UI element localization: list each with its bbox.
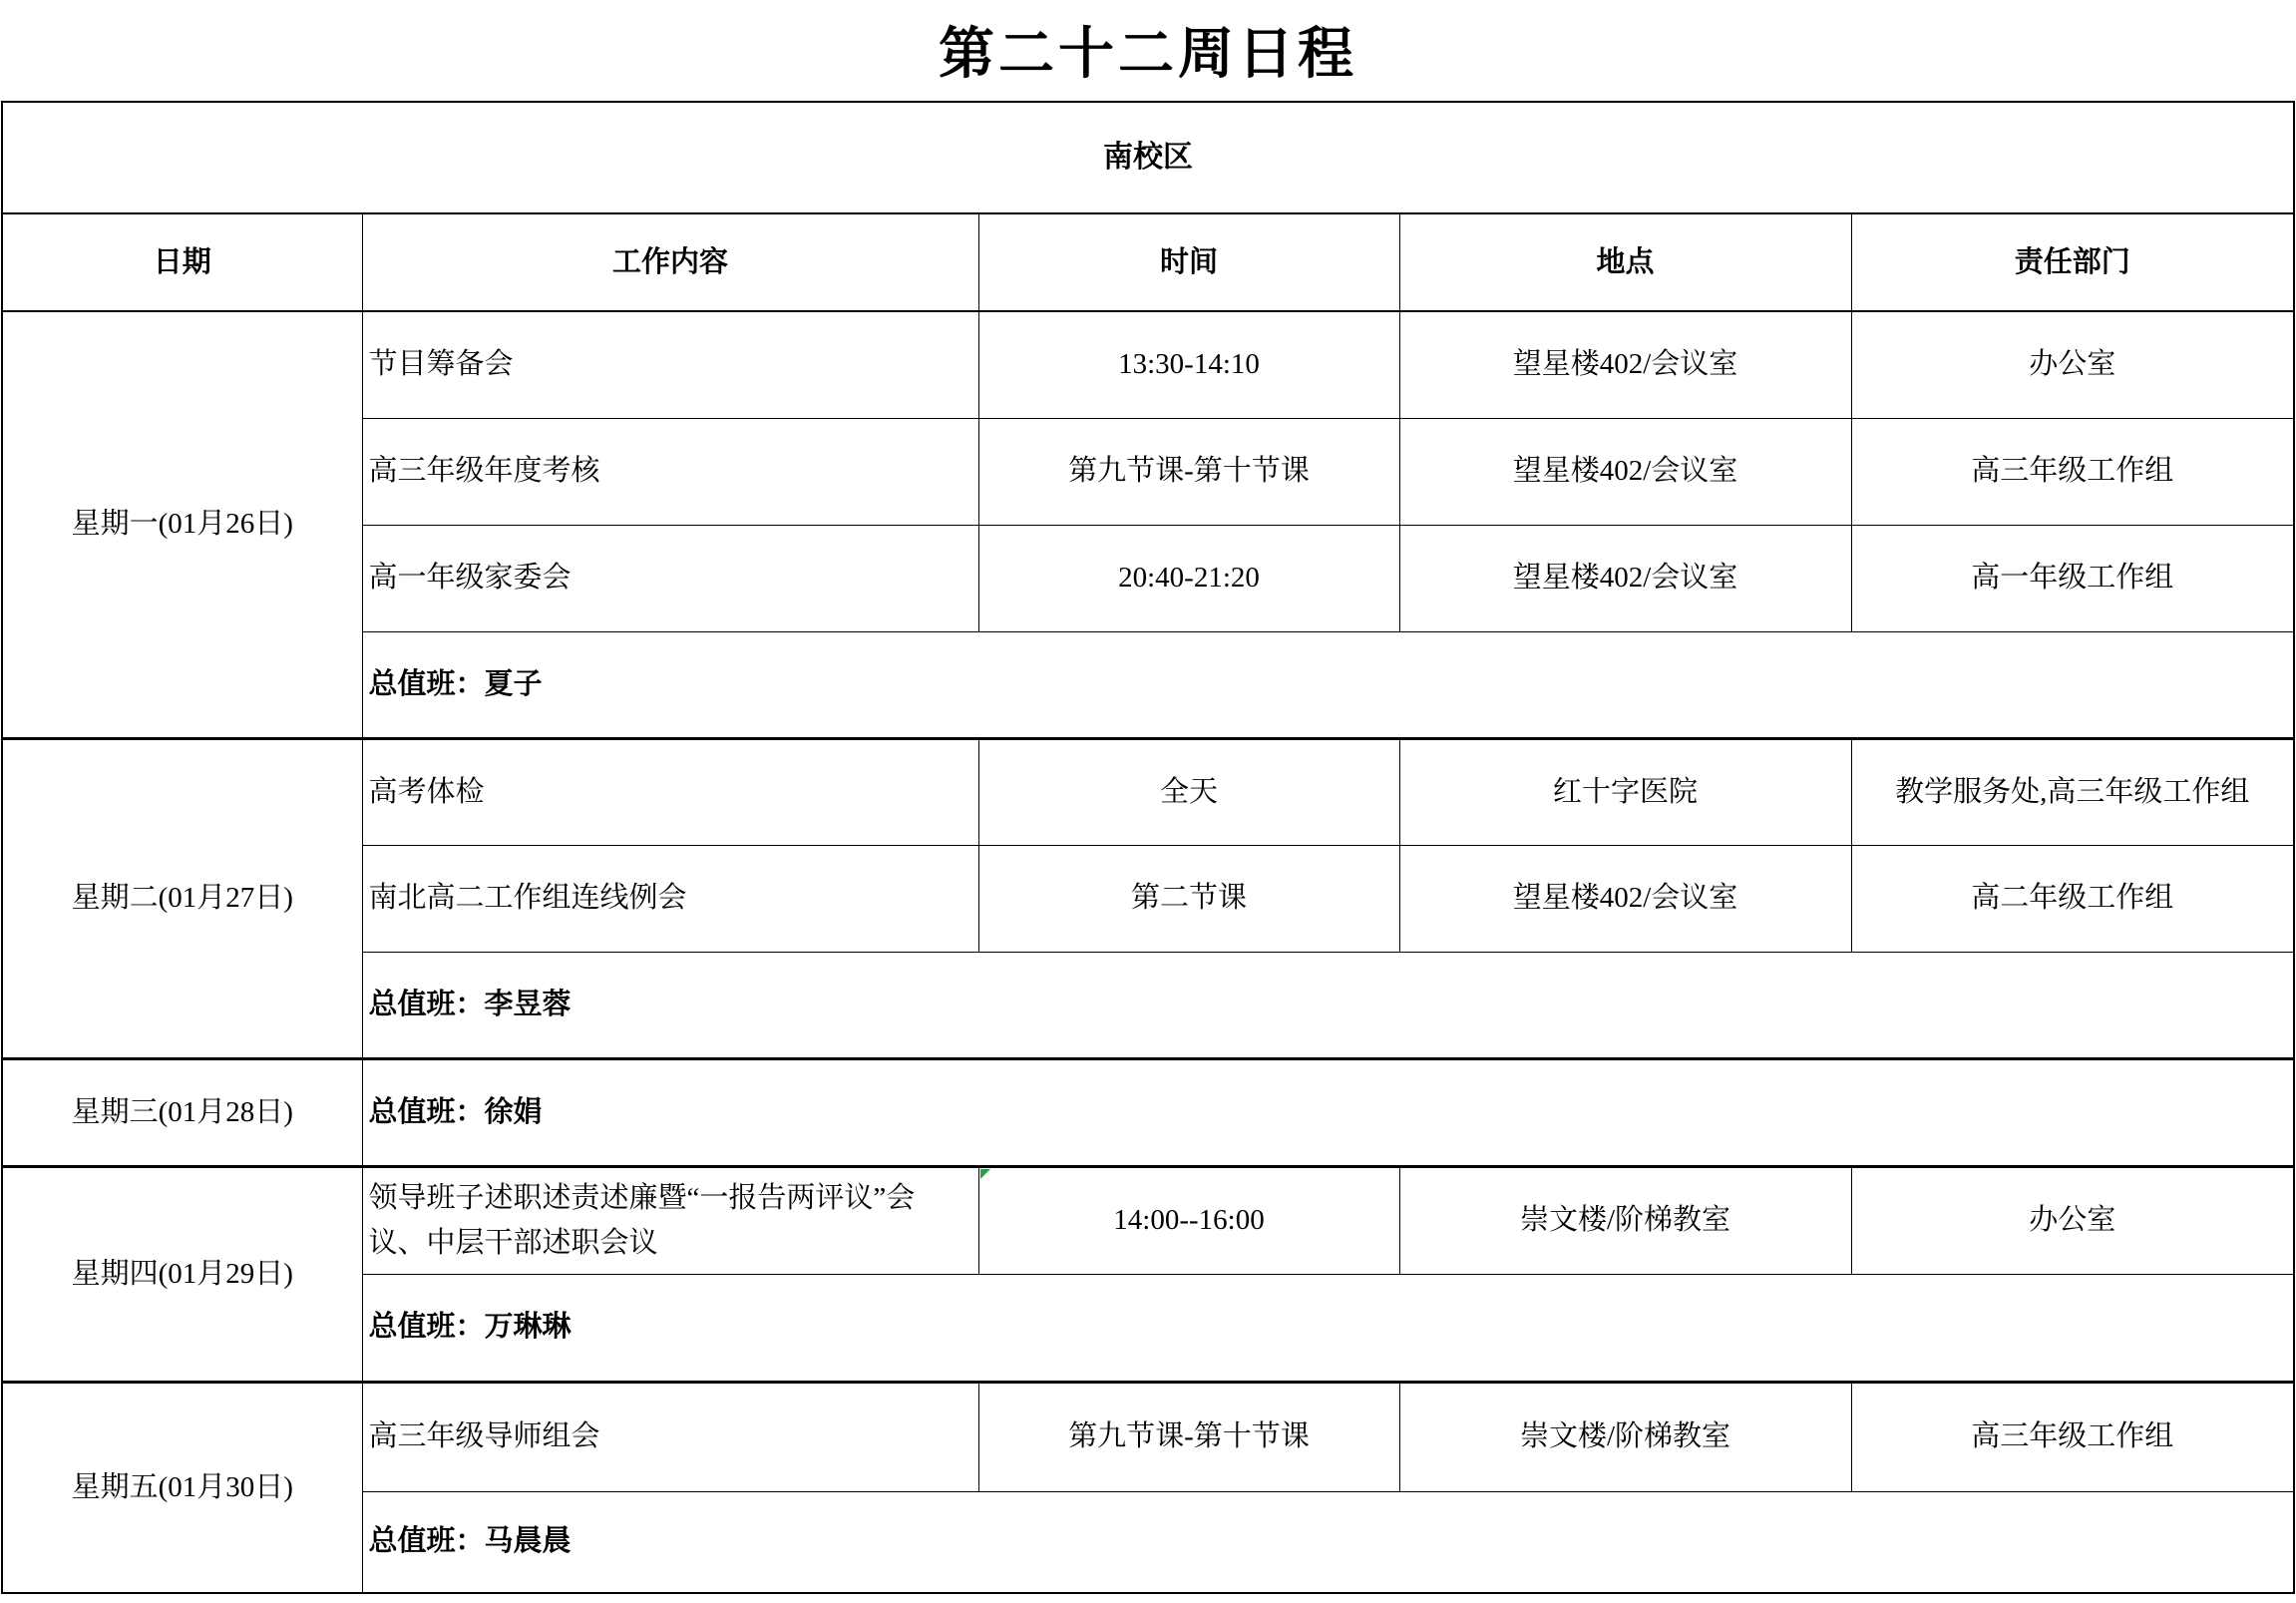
- duty-cell-thursday: 总值班：万琳琳: [362, 1274, 2294, 1382]
- event-row: 星期二(01月27日) 高考体检 全天 红十字医院 教学服务处,高三年级工作组: [2, 738, 2294, 845]
- duty-row: 星期三(01月28日) 总值班：徐娟: [2, 1058, 2294, 1166]
- green-corner-marker-icon: [980, 1169, 990, 1179]
- col-header-location: 地点: [1399, 213, 1851, 311]
- schedule-page: 第二十二周日程 南校区 日期 工作内容 时间 地点 责任部门 星期一(01月26…: [0, 0, 2296, 1603]
- col-header-content: 工作内容: [362, 213, 978, 311]
- duty-cell-tuesday: 总值班：李昱蓉: [362, 952, 2294, 1058]
- event-department: 办公室: [1851, 311, 2294, 418]
- event-row: 星期五(01月30日) 高三年级导师组会 第九节课-第十节课 崇文楼/阶梯教室 …: [2, 1382, 2294, 1491]
- col-header-time: 时间: [978, 213, 1399, 311]
- column-header-row: 日期 工作内容 时间 地点 责任部门: [2, 213, 2294, 311]
- date-cell-wednesday: 星期三(01月28日): [2, 1058, 362, 1166]
- date-cell-monday: 星期一(01月26日): [2, 311, 362, 738]
- event-time: 第二节课: [978, 845, 1399, 952]
- date-cell-thursday: 星期四(01月29日): [2, 1166, 362, 1382]
- campus-row: 南校区: [2, 102, 2294, 213]
- schedule-table: 南校区 日期 工作内容 时间 地点 责任部门 星期一(01月26日) 节目筹备会…: [1, 101, 2295, 1594]
- event-location: 望星楼402/会议室: [1399, 845, 1851, 952]
- event-row: 星期一(01月26日) 节目筹备会 13:30-14:10 望星楼402/会议室…: [2, 311, 2294, 418]
- event-content: 高考体检: [362, 738, 978, 845]
- event-time-text: 14:00--16:00: [1113, 1204, 1264, 1236]
- event-department: 高三年级工作组: [1851, 1382, 2294, 1491]
- event-content: 高三年级导师组会: [362, 1382, 978, 1491]
- event-time: 14:00--16:00: [978, 1166, 1399, 1274]
- event-location: 望星楼402/会议室: [1399, 525, 1851, 631]
- event-row: 星期四(01月29日) 领导班子述职述责述廉暨“一报告两评议”会议、中层干部述职…: [2, 1166, 2294, 1274]
- date-cell-friday: 星期五(01月30日): [2, 1382, 362, 1593]
- event-department: 教学服务处,高三年级工作组: [1851, 738, 2294, 845]
- event-time: 20:40-21:20: [978, 525, 1399, 631]
- event-location: 崇文楼/阶梯教室: [1399, 1166, 1851, 1274]
- event-content: 高一年级家委会: [362, 525, 978, 631]
- event-time: 13:30-14:10: [978, 311, 1399, 418]
- page-title: 第二十二周日程: [0, 0, 2296, 100]
- col-header-date: 日期: [2, 213, 362, 311]
- event-content: 高三年级年度考核: [362, 418, 978, 525]
- event-department: 高三年级工作组: [1851, 418, 2294, 525]
- event-time: 第九节课-第十节课: [978, 418, 1399, 525]
- event-content: 领导班子述职述责述廉暨“一报告两评议”会议、中层干部述职会议: [362, 1166, 978, 1274]
- col-header-department: 责任部门: [1851, 213, 2294, 311]
- event-content: 节目筹备会: [362, 311, 978, 418]
- event-department: 办公室: [1851, 1166, 2294, 1274]
- event-time: 第九节课-第十节课: [978, 1382, 1399, 1491]
- event-location: 望星楼402/会议室: [1399, 418, 1851, 525]
- event-location: 崇文楼/阶梯教室: [1399, 1382, 1851, 1491]
- event-department: 高二年级工作组: [1851, 845, 2294, 952]
- duty-cell-friday: 总值班：马晨晨: [362, 1491, 2294, 1593]
- event-content: 南北高二工作组连线例会: [362, 845, 978, 952]
- duty-cell-wednesday: 总值班：徐娟: [362, 1058, 2294, 1166]
- date-cell-tuesday: 星期二(01月27日): [2, 738, 362, 1058]
- campus-header: 南校区: [2, 102, 2294, 213]
- event-location: 望星楼402/会议室: [1399, 311, 1851, 418]
- event-time: 全天: [978, 738, 1399, 845]
- event-department: 高一年级工作组: [1851, 525, 2294, 631]
- event-location: 红十字医院: [1399, 738, 1851, 845]
- duty-cell-monday: 总值班：夏子: [362, 631, 2294, 738]
